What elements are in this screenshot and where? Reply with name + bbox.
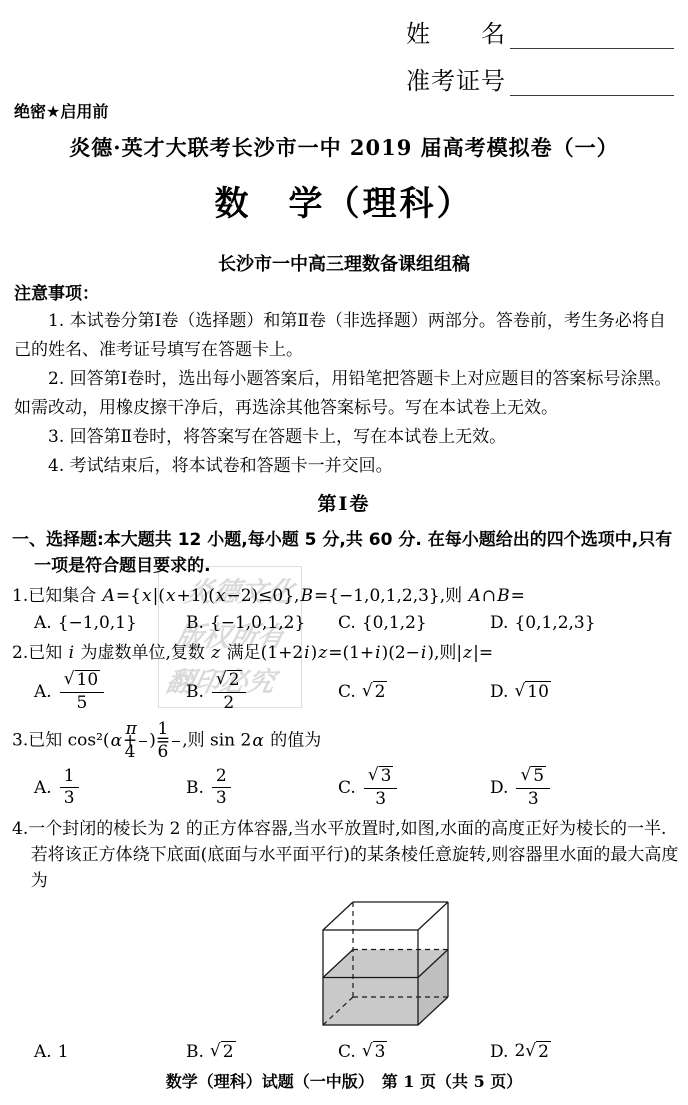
option-c-value: √2 bbox=[362, 681, 388, 702]
name-label: 姓 名 bbox=[406, 14, 506, 49]
name-input-line[interactable] bbox=[510, 18, 674, 49]
question-4-stem: 4.一个封闭的棱长为 2 的正方体容器,当水平放置时,如图,水面的高度正好为棱长… bbox=[12, 816, 680, 894]
question-1: 1.已知集合 A={x|(x+1)(x−2)≤0},B={−1,0,1,2,3}… bbox=[12, 583, 680, 633]
option-d-label: D. bbox=[490, 1042, 508, 1062]
option-a-value: {−1,0,1} bbox=[58, 613, 137, 633]
option-b-value: √22 bbox=[210, 670, 248, 713]
notice-item-1: 1. 本试卷分第Ⅰ卷（选择题）和第Ⅱ卷（非选择题）两部分。答卷前，考生务必将自己… bbox=[14, 307, 676, 365]
option-d: D.{0,1,2,3} bbox=[490, 613, 596, 633]
ticket-label: 准考证号 bbox=[406, 61, 506, 96]
option-d: D.2√2 bbox=[490, 1041, 551, 1062]
option-d: D.√53 bbox=[490, 766, 552, 809]
section-1-title: 第Ⅰ卷 bbox=[0, 489, 688, 516]
notice-item-4: 4. 考试结束后，将本试卷和答题卡一并交回。 bbox=[14, 452, 676, 481]
notice-title: 注意事项： bbox=[14, 281, 676, 307]
option-d-value: √53 bbox=[514, 766, 552, 809]
option-c: C.√3 bbox=[338, 1041, 490, 1062]
option-c-label: C. bbox=[338, 778, 356, 798]
option-d-value: {0,1,2,3} bbox=[514, 613, 595, 633]
option-b: B.{−1,0,1,2} bbox=[186, 613, 338, 633]
exam-paper-page: 炎德文化 版权所有 翻印必究 姓 名 准考证号 绝密★启用前 炎德·英才大联考长… bbox=[0, 0, 688, 1105]
option-b: B.√22 bbox=[186, 670, 338, 713]
question-2-options: A.√105 B.√22 C.√2 D.√10 bbox=[12, 670, 680, 713]
option-c-label: C. bbox=[338, 1042, 356, 1062]
option-a-label: A. bbox=[34, 1042, 52, 1062]
option-a-value: 13 bbox=[58, 767, 81, 809]
question-4-options: A.1 B.√2 C.√3 D.2√2 bbox=[12, 1041, 680, 1062]
question-3: 3.已知 cos²(α+π4)=16,则 sin 2α 的值为 A.13 B.2… bbox=[12, 720, 680, 809]
option-c: C.√33 bbox=[338, 766, 490, 809]
question-3-stem: 3.已知 cos²(α+π4)=16,则 sin 2α 的值为 bbox=[12, 720, 680, 762]
option-c-value: {0,1,2} bbox=[362, 613, 427, 633]
option-b-label: B. bbox=[186, 1042, 204, 1062]
question-2: 2.已知 i 为虚数单位,复数 z 满足(1+2i)z=(1+i)(2−i),则… bbox=[12, 640, 680, 713]
option-b-label: B. bbox=[186, 682, 204, 702]
name-field-row: 姓 名 bbox=[406, 14, 674, 49]
option-c-label: C. bbox=[338, 613, 356, 633]
option-a-label: A. bbox=[34, 613, 52, 633]
option-d-value: √10 bbox=[514, 681, 550, 702]
option-a-label: A. bbox=[34, 778, 52, 798]
option-a: A.1 bbox=[34, 1042, 186, 1062]
question-3-options: A.13 B.23 C.√33 D.√53 bbox=[12, 766, 680, 809]
header-fields: 姓 名 准考证号 bbox=[406, 14, 674, 108]
mc-instructions: 一、选择题:本大题共 12 小题,每小题 5 分,共 60 分. 在每小题给出的… bbox=[12, 527, 680, 579]
author-line: 长沙市一中高三理数备课组组稿 bbox=[0, 250, 688, 276]
secrecy-notice: 绝密★启用前 bbox=[14, 99, 108, 122]
option-b-value: 23 bbox=[210, 767, 233, 809]
option-b-value: {−1,0,1,2} bbox=[210, 613, 305, 633]
option-b-value: √2 bbox=[210, 1041, 236, 1062]
question-1-options: A.{−1,0,1} B.{−1,0,1,2} C.{0,1,2} D.{0,1… bbox=[12, 613, 680, 633]
exam-title: 炎德·英才大联考长沙市一中 2019 届高考模拟卷（一） bbox=[0, 132, 688, 162]
question-2-stem: 2.已知 i 为虚数单位,复数 z 满足(1+2i)z=(1+i)(2−i),则… bbox=[12, 640, 680, 666]
notice-item-2: 2. 回答第Ⅰ卷时，选出每小题答案后，用铅笔把答题卡上对应题目的答案标号涂黑。如… bbox=[14, 365, 676, 423]
ticket-field-row: 准考证号 bbox=[406, 61, 674, 96]
option-c: C.√2 bbox=[338, 681, 490, 702]
option-c: C.{0,1,2} bbox=[338, 613, 490, 633]
option-a: A.{−1,0,1} bbox=[34, 613, 186, 633]
multiple-choice-block: 一、选择题:本大题共 12 小题,每小题 5 分,共 60 分. 在每小题给出的… bbox=[12, 527, 680, 1069]
cube-water-figure bbox=[298, 898, 680, 1037]
option-d-label: D. bbox=[490, 613, 508, 633]
option-d-value: 2√2 bbox=[514, 1041, 551, 1062]
option-a-value: √105 bbox=[58, 670, 106, 713]
notice-item-3: 3. 回答第Ⅱ卷时，将答案写在答题卡上，写在本试卷上无效。 bbox=[14, 423, 676, 452]
question-4: 4.一个封闭的棱长为 2 的正方体容器,当水平放置时,如图,水面的高度正好为棱长… bbox=[12, 816, 680, 1062]
question-1-stem: 1.已知集合 A={x|(x+1)(x−2)≤0},B={−1,0,1,2,3}… bbox=[12, 583, 680, 609]
option-b-label: B. bbox=[186, 778, 204, 798]
option-d-label: D. bbox=[490, 778, 508, 798]
ticket-input-line[interactable] bbox=[510, 65, 674, 96]
option-a: A.√105 bbox=[34, 670, 186, 713]
notice-block: 注意事项： 1. 本试卷分第Ⅰ卷（选择题）和第Ⅱ卷（非选择题）两部分。答卷前，考… bbox=[14, 281, 676, 481]
option-a-label: A. bbox=[34, 682, 52, 702]
option-b: B.√2 bbox=[186, 1041, 338, 1062]
option-d-label: D. bbox=[490, 682, 508, 702]
option-d: D.√10 bbox=[490, 681, 551, 702]
option-c-value: √33 bbox=[362, 766, 400, 809]
cube-water-svg bbox=[298, 898, 488, 1032]
page-footer: 数学（理科）试题（一中版） 第 1 页（共 5 页） bbox=[0, 1069, 688, 1092]
option-a-value: 1 bbox=[58, 1042, 69, 1062]
option-a: A.13 bbox=[34, 767, 186, 809]
subject-title: 数 学（理科） bbox=[0, 176, 688, 225]
option-c-value: √3 bbox=[362, 1041, 388, 1062]
option-c-label: C. bbox=[338, 682, 356, 702]
option-b-label: B. bbox=[186, 613, 204, 633]
option-b: B.23 bbox=[186, 767, 338, 809]
